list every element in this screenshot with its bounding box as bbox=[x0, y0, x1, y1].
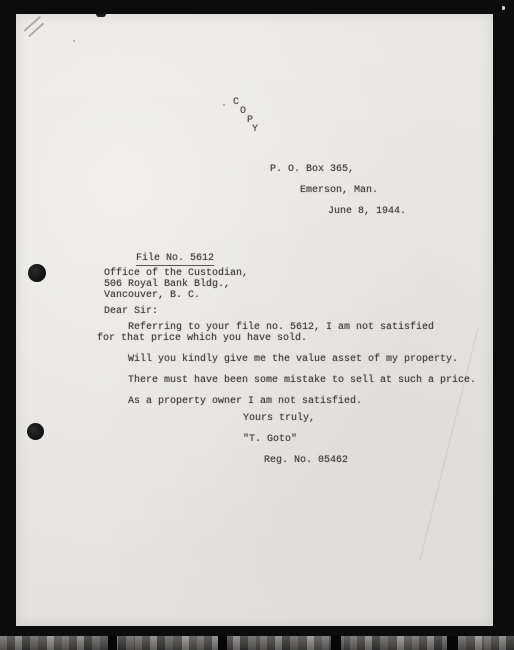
hole-punch-dot bbox=[28, 264, 46, 282]
scan-scratch-mark bbox=[23, 16, 40, 32]
film-edge-segment bbox=[341, 636, 447, 650]
scan-edge-notch bbox=[96, 14, 106, 17]
paper-speck bbox=[73, 40, 75, 42]
body-paragraph-1-line-1: Referring to your file no. 5612, I am no… bbox=[128, 322, 434, 333]
recipient-line-2: 506 Royal Bank Bldg., bbox=[104, 279, 230, 290]
body-paragraph-2: Will you kindly give me the value asset … bbox=[128, 354, 458, 365]
hole-punch-dot bbox=[27, 423, 44, 440]
sender-po-box: P. O. Box 365, bbox=[270, 164, 354, 175]
signature: "T. Goto" bbox=[243, 434, 297, 445]
valediction: Yours truly, bbox=[243, 413, 315, 424]
body-paragraph-1-line-2: for that price which you have sold. bbox=[97, 333, 307, 344]
scan-dust-speck bbox=[502, 6, 505, 10]
body-paragraph-4: As a property owner I am not satisfied. bbox=[128, 396, 362, 407]
letter-date: June 8, 1944. bbox=[328, 206, 406, 217]
copy-mark-letter-o: O bbox=[240, 106, 246, 117]
paper-speck bbox=[223, 104, 225, 106]
file-reference-text: File No. 5612 bbox=[136, 253, 214, 266]
copy-mark-letter-y: Y bbox=[252, 124, 258, 135]
body-paragraph-3: There must have been some mistake to sel… bbox=[128, 375, 476, 386]
sender-city: Emerson, Man. bbox=[300, 185, 378, 196]
film-edge-segment bbox=[458, 636, 514, 650]
letter-page: C O P Y P. O. Box 365, Emerson, Man. Jun… bbox=[16, 14, 493, 626]
film-edge-segment bbox=[117, 636, 218, 650]
film-edge-segment bbox=[0, 636, 108, 650]
film-edge-segment bbox=[227, 636, 331, 650]
copy-mark-letter-c: C bbox=[233, 97, 239, 108]
recipient-line-3: Vancouver, B. C. bbox=[104, 290, 200, 301]
film-edge-strip bbox=[0, 636, 514, 650]
registration-number: Reg. No. 05462 bbox=[264, 455, 348, 466]
salutation: Dear Sir: bbox=[104, 306, 158, 317]
scanned-letter-frame: C O P Y P. O. Box 365, Emerson, Man. Jun… bbox=[0, 0, 514, 650]
recipient-line-1: Office of the Custodian, bbox=[104, 268, 248, 279]
